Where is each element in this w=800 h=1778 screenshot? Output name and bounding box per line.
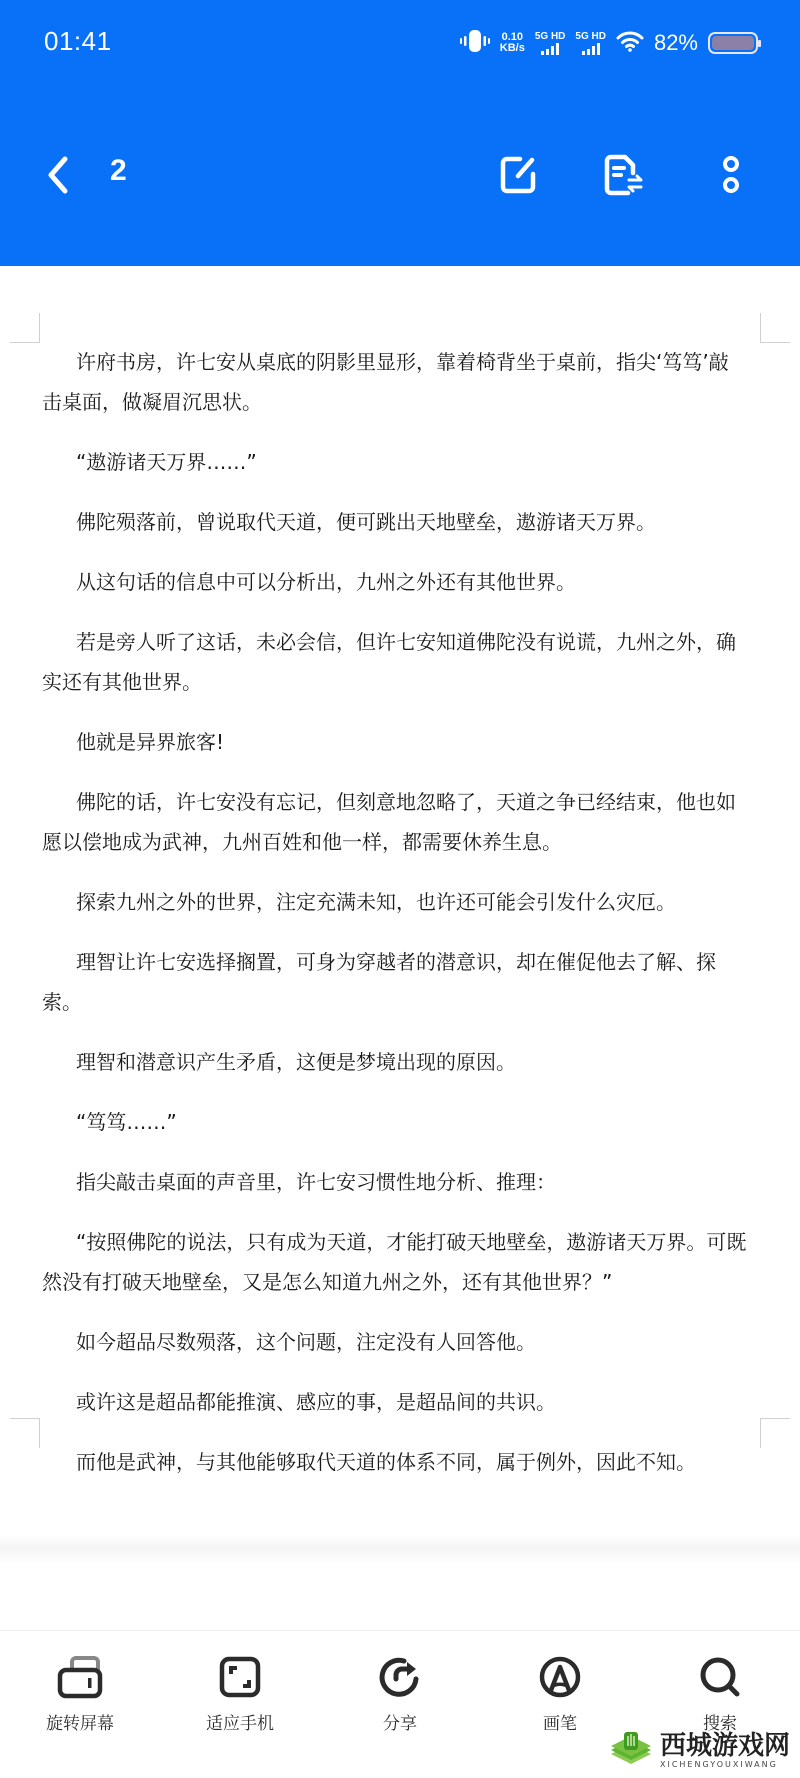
battery-icon [708,32,758,54]
document-switch-button[interactable] [598,150,648,200]
signal-bars-icon [582,43,600,55]
paragraph: 他就是异界旅客! [42,722,748,762]
paragraph: “按照佛陀的说法，只有成为天道，才能打破天地壁垒，遨游诸天万界。可既然没有打破天… [42,1222,748,1302]
navigation-bar: 2 [0,130,800,220]
paragraph: 理智让许七安选择搁置，可身为穿越者的潜意识，却在催促他去了解、探索。 [42,942,748,1022]
sim2-signal: 5G HD [575,31,606,55]
network-speed: 0.10 KB/s [500,32,525,54]
document-page[interactable]: 许府书房，许七安从桌底的阴影里显形，靠着椅背坐于桌前，指尖‘笃笃’敲击桌面，做凝… [0,266,800,1536]
paragraph: 若是旁人听了这话，未必会信，但许七安知道佛陀没有说谎，九州之外，确实还有其他世界… [42,622,748,702]
watermark-title: 西城游戏网 [660,1732,790,1760]
sim1-label: 5G HD [535,31,566,42]
watermark: 西城游戏网 XICHENGYOUXIWANG [608,1728,790,1772]
paragraph: 理智和潜意识产生矛盾，这便是梦境出现的原因。 [42,1042,748,1082]
page-separator [0,1536,800,1562]
status-icons: 0.10 KB/s 5G HD 5G HD 82% [460,28,758,58]
paragraph: 从这句话的信息中可以分析出，九州之外还有其他世界。 [42,562,748,602]
edit-icon [498,154,540,196]
share-button[interactable]: 分享 [340,1653,460,1734]
more-button[interactable] [706,150,756,200]
vibrate-icon [460,28,490,58]
share-label: 分享 [383,1709,417,1734]
paragraph: 如今超品尽数殒落，这个问题，注定没有人回答他。 [42,1322,748,1362]
search-icon [696,1653,744,1701]
watermark-logo-icon [608,1728,654,1772]
watermark-text: 西城游戏网 XICHENGYOUXIWANG [660,1732,790,1769]
paragraph: “笃笃……” [42,1102,748,1142]
battery-percent: 82% [654,30,698,56]
edit-button[interactable] [494,150,544,200]
pen-button[interactable]: 画笔 [500,1653,620,1734]
status-time: 01:41 [44,26,112,57]
paragraph: 佛陀的话，许七安没有忘记，但刻意地忽略了，天道之争已经结束，他也如愿以偿地成为武… [42,782,748,862]
paragraph: 而他是武神，与其他能够取代天道的体系不同，属于例外，因此不知。 [42,1442,748,1482]
page-corner-mark [760,313,790,343]
page-corner-mark [10,1418,40,1448]
page-corner-mark [10,313,40,343]
paragraph: “遨游诸天万界……” [42,442,748,482]
page-number: 2 [110,154,127,188]
rotate-screen-icon [56,1653,104,1701]
document-switch-icon [601,153,645,197]
fit-screen-label: 适应手机 [206,1709,274,1734]
back-button[interactable] [38,150,78,200]
status-bar: 01:41 0.10 KB/s 5G HD 5G HD [0,0,800,90]
wifi-icon [616,30,644,56]
page-corner-mark [760,1418,790,1448]
fit-screen-button[interactable]: 适应手机 [180,1653,300,1734]
top-app-bar: 01:41 0.10 KB/s 5G HD 5G HD [0,0,800,266]
chevron-left-icon [45,155,71,195]
sim1-signal: 5G HD [535,31,566,55]
search-button[interactable]: 搜索 [660,1653,780,1734]
paragraph: 许府书房，许七安从桌底的阴影里显形，靠着椅背坐于桌前，指尖‘笃笃’敲击桌面，做凝… [42,342,748,422]
rotate-screen-button[interactable]: 旋转屏幕 [20,1653,140,1734]
net-speed-unit: KB/s [500,43,525,54]
paragraph: 探索九州之外的世界，注定充满未知，也许还可能会引发什么灾厄。 [42,882,748,922]
document-content: 许府书房，许七安从桌底的阴影里显形，靠着椅背坐于桌前，指尖‘笃笃’敲击桌面，做凝… [42,342,748,1502]
fit-screen-icon [216,1653,264,1701]
signal-bars-icon [541,43,559,55]
paragraph: 或许这是超品都能推演、感应的事，是超品间的共识。 [42,1382,748,1422]
more-icon [720,153,742,197]
sim2-label: 5G HD [575,31,606,42]
pen-icon [536,1653,584,1701]
share-icon [376,1653,424,1701]
paragraph: 指尖敲击桌面的声音里，许七安习惯性地分析、推理： [42,1162,748,1202]
paragraph: 佛陀殒落前，曾说取代天道，便可跳出天地壁垒，遨游诸天万界。 [42,502,748,542]
pen-label: 画笔 [543,1709,577,1734]
watermark-subtitle: XICHENGYOUXIWANG [660,1760,778,1769]
rotate-screen-label: 旋转屏幕 [46,1709,114,1734]
